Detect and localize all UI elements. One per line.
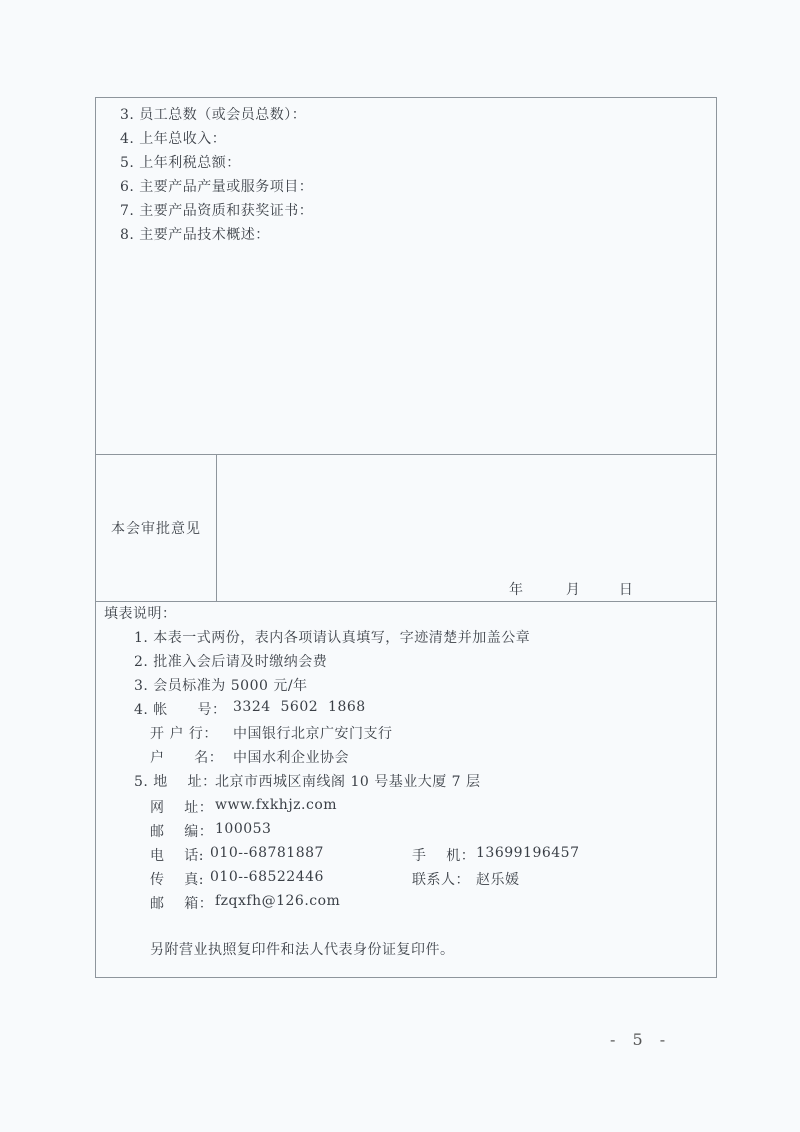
account-name-label: 户 名： [150, 747, 223, 767]
bank-name: 中国银行北京广安门支行 [233, 723, 393, 743]
approval-label: 本会审批意见 [96, 454, 217, 601]
day-label: 日 [619, 579, 633, 599]
page-number: - 5 - [610, 1030, 671, 1049]
field-employee-count: 3. 员工总数（或会员总数）： [120, 104, 306, 124]
attachment-note: 另附营业执照复印件和法人代表身份证复印件。 [150, 939, 455, 959]
email-label: 邮 箱： [150, 893, 213, 913]
approval-date: 年 月 日 [509, 579, 633, 599]
contact-person: 赵乐媛 [476, 869, 520, 889]
contact-person-label: 联系人： [412, 869, 470, 889]
field-certificates: 7. 主要产品资质和获奖证书： [120, 200, 313, 220]
postcode: 100053 [215, 821, 271, 837]
enterprise-info-section: 3. 员工总数（或会员总数）： 4. 上年总收入： 5. 上年利税总额： 6. … [96, 98, 716, 455]
instruction-item: 1. 本表一式两份，表内各项请认真填写，字迹清楚并加盖公章 [134, 627, 530, 647]
account-number: 3324 5602 1868 [233, 699, 366, 715]
field-last-year-tax: 5. 上年利税总额： [120, 152, 241, 172]
instructions-title: 填表说明： [104, 603, 177, 623]
approval-section: 本会审批意见 年 月 日 [96, 454, 716, 602]
website-label: 网 址： [150, 797, 213, 817]
postcode-label: 邮 编： [150, 821, 213, 841]
account-name: 中国水利企业协会 [233, 747, 349, 767]
address-label: 5. 地 址： [134, 771, 217, 791]
phone: 010--68781887 [210, 845, 324, 861]
field-main-products: 6. 主要产品产量或服务项目： [120, 176, 313, 196]
website: www.fxkhjz.com [215, 797, 337, 813]
mobile-label: 手 机： [412, 845, 475, 865]
field-last-year-revenue: 4. 上年总收入： [120, 128, 226, 148]
instructions-section: 填表说明： 1. 本表一式两份，表内各项请认真填写，字迹清楚并加盖公章 2. 批… [96, 601, 716, 977]
phone-label: 电 话: [150, 845, 204, 865]
fax: 010--68522446 [210, 869, 324, 885]
membership-application-table: 3. 员工总数（或会员总数）： 4. 上年总收入： 5. 上年利税总额： 6. … [95, 97, 717, 978]
email: fzqxfh@126.com [215, 893, 340, 909]
bank-label: 开 户 行： [150, 723, 218, 743]
instruction-item: 3. 会员标准为 5000 元/年 [134, 675, 308, 695]
month-label: 月 [566, 579, 580, 599]
field-tech-overview: 8. 主要产品技术概述： [120, 224, 270, 244]
instruction-item: 2. 批准入会后请及时缴纳会费 [134, 651, 327, 671]
address: 北京市西城区南线阁 10 号基业大厦 7 层 [215, 771, 481, 791]
mobile: 13699196457 [476, 845, 579, 861]
fax-label: 传 真: [150, 869, 204, 889]
account-number-label: 4. 帐 号： [134, 699, 227, 719]
year-label: 年 [509, 579, 523, 599]
